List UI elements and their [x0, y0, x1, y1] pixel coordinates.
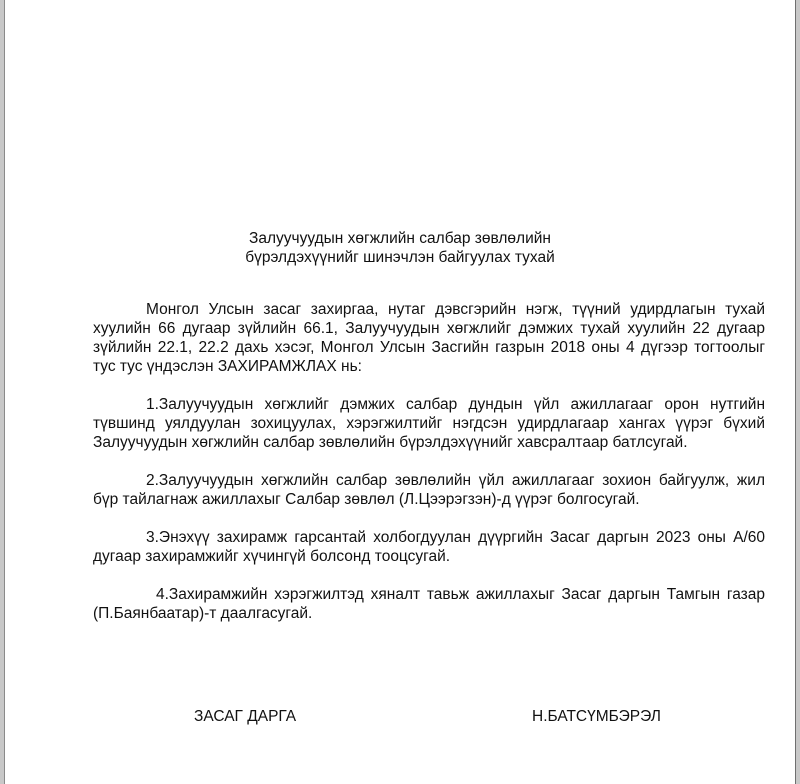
document-page: Залуучуудын хөгжлийн салбар зөвлөлийн бү… — [5, 0, 795, 784]
page-edge-right — [795, 0, 800, 784]
title-line-1: Залуучуудын хөгжлийн салбар зөвлөлийн — [0, 229, 800, 248]
title-line-2: бүрэлдэхүүнийг шинэчлэн байгуулах тухай — [0, 248, 800, 267]
item-1-paragraph: 1.Залуучуудын хөгжлийг дэмжих салбар дун… — [93, 395, 765, 452]
item-3-paragraph: 3.Энэхүү захирамж гарсантай холбогдуулан… — [93, 528, 765, 566]
preamble-paragraph: Монгол Улсын засаг захиргаа, нутаг дэвсг… — [93, 300, 765, 376]
item-4-paragraph: 4.Захирамжийн хэрэгжилтэд хяналт тавьж а… — [93, 585, 765, 623]
document-title: Залуучуудын хөгжлийн салбар зөвлөлийн бү… — [0, 229, 800, 267]
signature-title: ЗАСАГ ДАРГА — [194, 707, 296, 726]
document-body: Монгол Улсын засаг захиргаа, нутаг дэвсг… — [93, 300, 765, 623]
item-2-paragraph: 2.Залуучуудын хөгжлийн салбар зөвлөлийн … — [93, 471, 765, 509]
signature-name: Н.БАТСҮМБЭРЭЛ — [532, 707, 661, 726]
